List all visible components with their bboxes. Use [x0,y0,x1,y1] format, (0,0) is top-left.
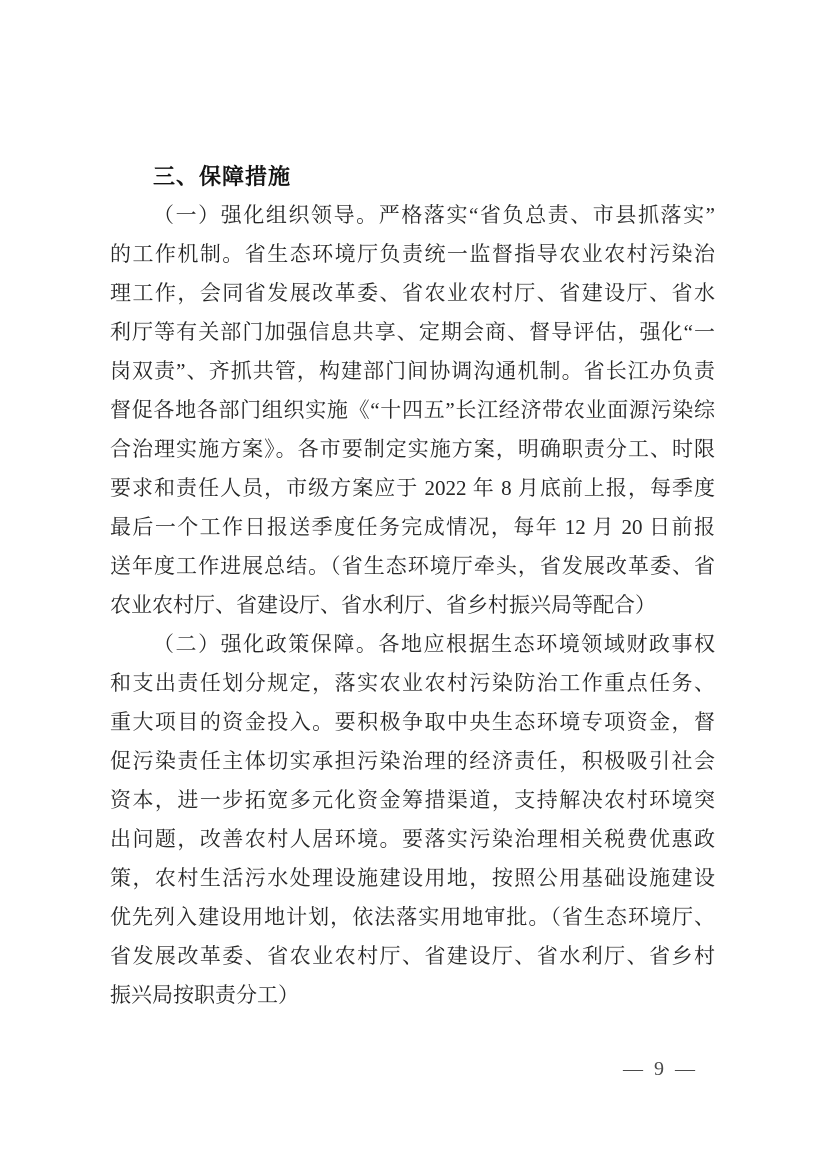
page-number: — 9 — [623,1056,698,1082]
text-line: 策，农村生活污水处理设施建设用地，按照公用基础设施建设 [110,859,715,898]
text-line: 最后一个工作日报送季度任务完成情况，每年 12 月 20 日前报 [110,508,715,547]
text-line: 资本，进一步拓宽多元化资金筹措渠道，支持解决农村环境突 [110,781,715,820]
text-line: 重大项目的资金投入。要积极争取中央生态环境专项资金，督 [110,703,715,742]
text-line: 岗双责”、齐抓共管，构建部门间协调沟通机制。省长江办负责 [110,352,715,391]
text-line: 督促各地各部门组织实施《“十四五”长江经济带农业面源污染综 [110,391,715,430]
text-line: 优先列入建设用地计划，依法落实用地审批。（省生态环境厅、 [110,898,715,937]
text-line: （一）强化组织领导。严格落实“省负总责、市县抓落实” [110,196,715,235]
document-page: 三、保障措施（一）强化组织领导。严格落实“省负总责、市县抓落实”的工作机制。省生… [0,0,826,1169]
text-line: 出问题，改善农村人居环境。要落实污染治理相关税费优惠政 [110,820,715,859]
text-line: 促污染责任主体切实承担污染治理的经济责任，积极吸引社会 [110,742,715,781]
text-line: 理工作，会同省发展改革委、省农业农村厅、省建设厅、省水 [110,274,715,313]
text-line: （二）强化政策保障。各地应根据生态环境领域财政事权 [110,625,715,664]
text-line: 振兴局按职责分工） [110,976,715,1015]
text-line: 利厅等有关部门加强信息共享、定期会商、督导评估，强化“一 [110,313,715,352]
text-line: 的工作机制。省生态环境厅负责统一监督指导农业农村污染治 [110,235,715,274]
text-line: 农业农村厅、省建设厅、省水利厅、省乡村振兴局等配合） [110,586,715,625]
text-line: 要求和责任人员，市级方案应于 2022 年 8 月底前上报，每季度 [110,469,715,508]
document-body: 三、保障措施（一）强化组织领导。严格落实“省负总责、市县抓落实”的工作机制。省生… [110,157,715,1015]
text-line: 省发展改革委、省农业农村厅、省建设厅、省水利厅、省乡村 [110,937,715,976]
text-line: 送年度工作进展总结。（省生态环境厅牵头，省发展改革委、省 [110,547,715,586]
section-heading: 三、保障措施 [110,157,715,196]
text-line: 合治理实施方案》。各市要制定实施方案，明确职责分工、时限 [110,430,715,469]
text-line: 和支出责任划分规定，落实农业农村污染防治工作重点任务、 [110,664,715,703]
